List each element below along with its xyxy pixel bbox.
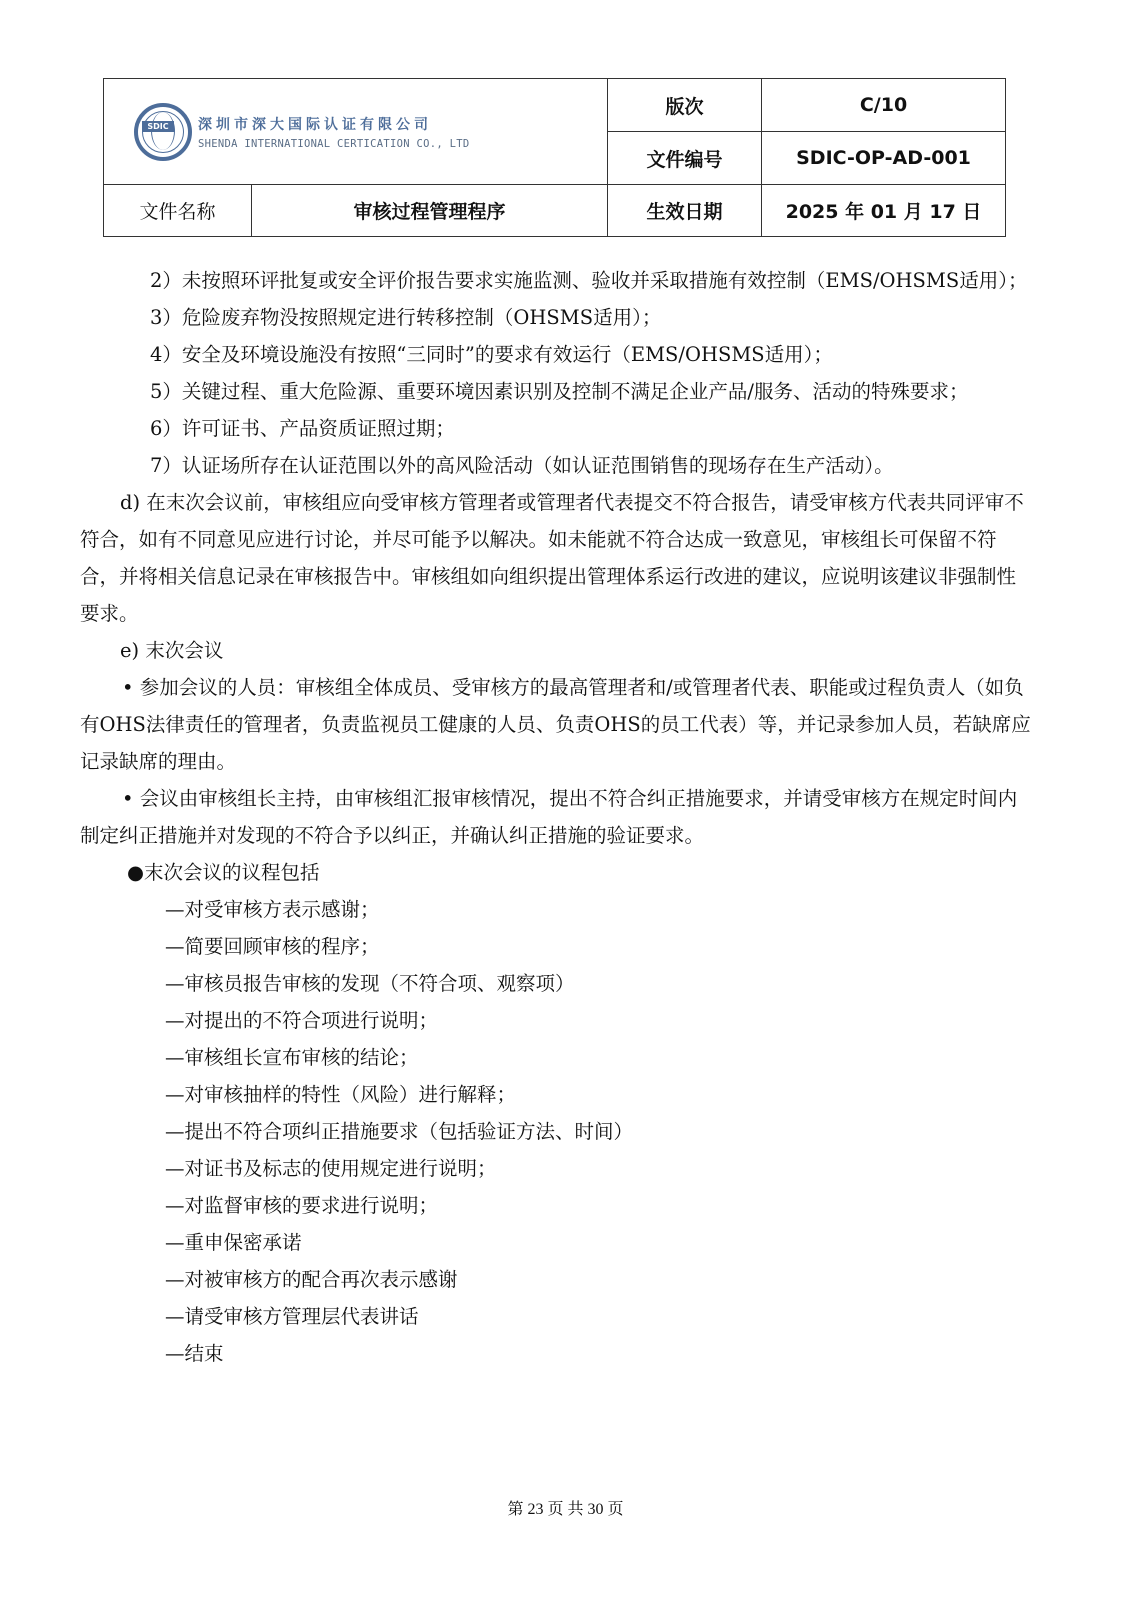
agenda-item: —对监督审核的要求进行说明； bbox=[80, 1187, 1035, 1224]
doc-number-value: SDIC-OP-AD-001 bbox=[762, 132, 1006, 185]
doc-name-value: 审核过程管理程序 bbox=[252, 185, 608, 237]
agenda-list: —对受审核方表示感谢； —简要回顾审核的程序； —审核员报告审核的发现（不符合项… bbox=[80, 891, 1035, 1372]
attendees-bullet: • 参加会议的人员：审核组全体成员、受审核方的最高管理者和/或管理者代表、职能或… bbox=[80, 669, 1035, 780]
doc-name-label: 文件名称 bbox=[104, 185, 252, 237]
agenda-item: —审核员报告审核的发现（不符合项、观察项） bbox=[80, 965, 1035, 1002]
page-number-footer: 第 23 页 共 30 页 bbox=[0, 1496, 1131, 1519]
agenda-item: —简要回顾审核的程序； bbox=[80, 928, 1035, 965]
effective-date-label: 生效日期 bbox=[608, 185, 762, 237]
agenda-item: —对受审核方表示感谢； bbox=[80, 891, 1035, 928]
company-logo-cell: SDIC 深圳市深大国际认证有限公司 SHENDA INTERNATIONAL … bbox=[104, 79, 608, 185]
agenda-item: —对被审核方的配合再次表示感谢 bbox=[80, 1261, 1035, 1298]
agenda-item: —提出不符合项纠正措施要求（包括验证方法、时间） bbox=[80, 1113, 1035, 1150]
list-item-3: 3）危险废弃物没按照规定进行转移控制（OHSMS适用）； bbox=[80, 299, 1035, 336]
list-item-6: 6）许可证书、产品资质证照过期； bbox=[80, 410, 1035, 447]
version-label: 版次 bbox=[608, 79, 762, 132]
agenda-item: —重申保密承诺 bbox=[80, 1224, 1035, 1261]
agenda-item: —对证书及标志的使用规定进行说明； bbox=[80, 1150, 1035, 1187]
list-item-4: 4）安全及环境设施没有按照“三同时”的要求有效运行（EMS/OHSMS适用）； bbox=[80, 336, 1035, 373]
doc-number-label: 文件编号 bbox=[608, 132, 762, 185]
paragraph-d: d) 在末次会议前，审核组应向受审核方管理者或管理者代表提交不符合报告，请受审核… bbox=[80, 484, 1035, 632]
logo-badge: SDIC bbox=[142, 121, 174, 132]
agenda-item: —对提出的不符合项进行说明； bbox=[80, 1002, 1035, 1039]
document-body: 2）未按照环评批复或安全评价报告要求实施监测、验收并采取措施有效控制（EMS/O… bbox=[80, 262, 1035, 1372]
document-header-table: SDIC 深圳市深大国际认证有限公司 SHENDA INTERNATIONAL … bbox=[103, 78, 1006, 237]
list-item-2: 2）未按照环评批复或安全评价报告要求实施监测、验收并采取措施有效控制（EMS/O… bbox=[80, 262, 1035, 299]
company-name-cn: 深圳市深大国际认证有限公司 bbox=[198, 114, 469, 134]
paragraph-e-heading: e) 末次会议 bbox=[80, 632, 1035, 669]
list-item-7: 7）认证场所存在认证范围以外的高风险活动（如认证范围销售的现场存在生产活动）。 bbox=[80, 447, 1035, 484]
agenda-item: —请受审核方管理层代表讲话 bbox=[80, 1298, 1035, 1335]
company-name-en: SHENDA INTERNATIONAL CERTICATION CO., LT… bbox=[198, 138, 469, 150]
agenda-heading: ●末次会议的议程包括 bbox=[80, 854, 1035, 891]
effective-date-value: 2025 年 01 月 17 日 bbox=[762, 185, 1006, 237]
globe-logo-icon: SDIC bbox=[134, 103, 192, 161]
meeting-host-bullet: • 会议由审核组长主持，由审核组汇报审核情况，提出不符合纠正措施要求，并请受审核… bbox=[80, 780, 1035, 854]
agenda-item: —审核组长宣布审核的结论； bbox=[80, 1039, 1035, 1076]
version-value: C/10 bbox=[762, 79, 1006, 132]
list-item-5: 5）关键过程、重大危险源、重要环境因素识别及控制不满足企业产品/服务、活动的特殊… bbox=[80, 373, 1035, 410]
agenda-item: —结束 bbox=[80, 1335, 1035, 1372]
agenda-item: —对审核抽样的特性（风险）进行解释； bbox=[80, 1076, 1035, 1113]
